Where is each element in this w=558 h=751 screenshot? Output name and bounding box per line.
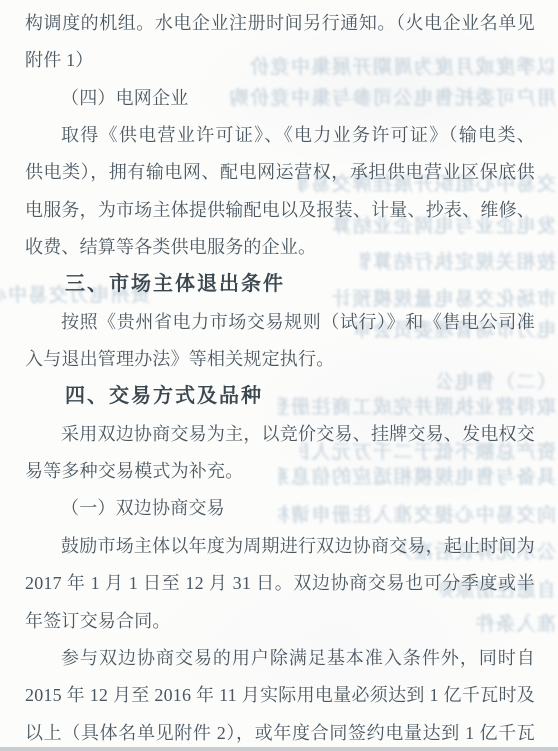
scan-edge-bar bbox=[0, 747, 558, 751]
section-heading-line: 四、交易方式及品种 bbox=[25, 378, 535, 415]
text-line: 附件 1） bbox=[25, 42, 535, 79]
text-line: 入与退出管理办法》等相关规定执行。 bbox=[25, 341, 535, 378]
text-line: 2015 年 12 月至 2016 年 11 月实际用电量必须达到 1 亿千瓦时… bbox=[25, 677, 535, 714]
text-line: 2017 年 1 月 1 日至 12 月 31 日。双边协商交易也可分季度或半 bbox=[25, 565, 535, 602]
text-line: 取得《供电营业许可证》、《电力业务许可证》（输电类、 bbox=[25, 117, 535, 154]
text-line: （一）双边协商交易 bbox=[25, 490, 535, 527]
scanned-document-page: 以季度或月度为周期开展集中竞价交易用户可委托售电公司参与集中竞价购电交易交易中心… bbox=[0, 0, 558, 751]
text-line: 参与双边协商交易的用户除满足基本准入条件外，同时自 bbox=[25, 640, 535, 677]
text-line: （四）电网企业 bbox=[25, 80, 535, 117]
text-line: 构调度的机组。水电企业注册时间另行通知。（火电企业名单见 bbox=[25, 5, 535, 42]
text-line: 收费、结算等各类供电服务的企业。 bbox=[25, 229, 535, 266]
text-line: 电服务，为市场主体提供输配电以及报装、计量、抄表、维修、 bbox=[25, 192, 535, 229]
text-line: 采用双边协商交易为主，以竞价交易、挂牌交易、发电权交 bbox=[25, 416, 535, 453]
text-line: 以上（具体名单见附件 2），或年度合同签约电量达到 1 亿千瓦 bbox=[25, 715, 535, 751]
text-line: 按照《贵州省电力市场交易规则（试行）》和《售电公司准 bbox=[25, 304, 535, 341]
text-line: 年签订交易合同。 bbox=[25, 603, 535, 640]
document-text-block: 构调度的机组。水电企业注册时间另行通知。（火电企业名单见附件 1）（四）电网企业… bbox=[25, 5, 535, 751]
section-heading-line: 三、市场主体退出条件 bbox=[25, 266, 535, 303]
text-line: 供电类），拥有输电网、配电网运营权，承担供电营业区保底供 bbox=[25, 154, 535, 191]
text-line: 易等多种交易模式为补充。 bbox=[25, 453, 535, 490]
text-line: 鼓励市场主体以年度为周期进行双边协商交易，起止时间为 bbox=[25, 528, 535, 565]
